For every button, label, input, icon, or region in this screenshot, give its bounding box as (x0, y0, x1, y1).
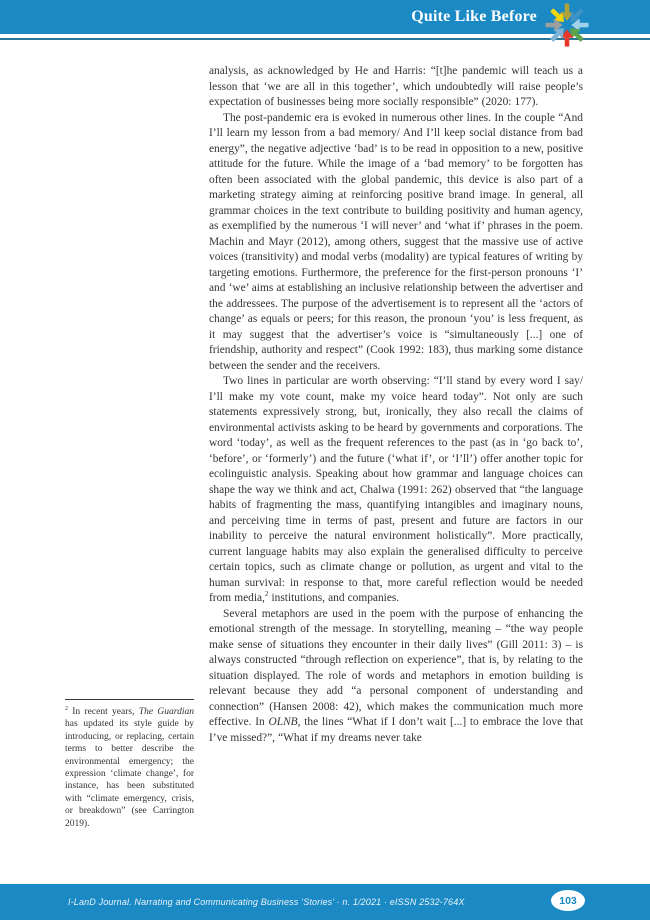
paragraph: Several metaphors are used in the poem w… (209, 607, 583, 747)
paragraph: The post-pandemic era is evoked in numer… (209, 111, 583, 375)
footnote: 2 In recent years, The Guardian has upda… (65, 699, 194, 830)
starburst-arrows-logo (544, 1, 590, 51)
paragraph: Two lines in particular are worth observ… (209, 374, 583, 607)
page-number: 103 (559, 895, 577, 907)
journal-page: Quite Like Before analysis, as acknowled… (0, 0, 650, 920)
article-body: analysis, as acknowledged by He and Harr… (209, 64, 583, 746)
footer-bar: I-LanD Journal. Narrating and Communicat… (0, 884, 650, 920)
running-head-title: Quite Like Before (411, 8, 537, 26)
paragraph: analysis, as acknowledged by He and Harr… (209, 64, 583, 111)
journal-citation: I-LanD Journal. Narrating and Communicat… (68, 897, 465, 907)
page-number-badge: 103 (551, 890, 585, 911)
footnote-text: 2 In recent years, The Guardian has upda… (65, 706, 194, 830)
